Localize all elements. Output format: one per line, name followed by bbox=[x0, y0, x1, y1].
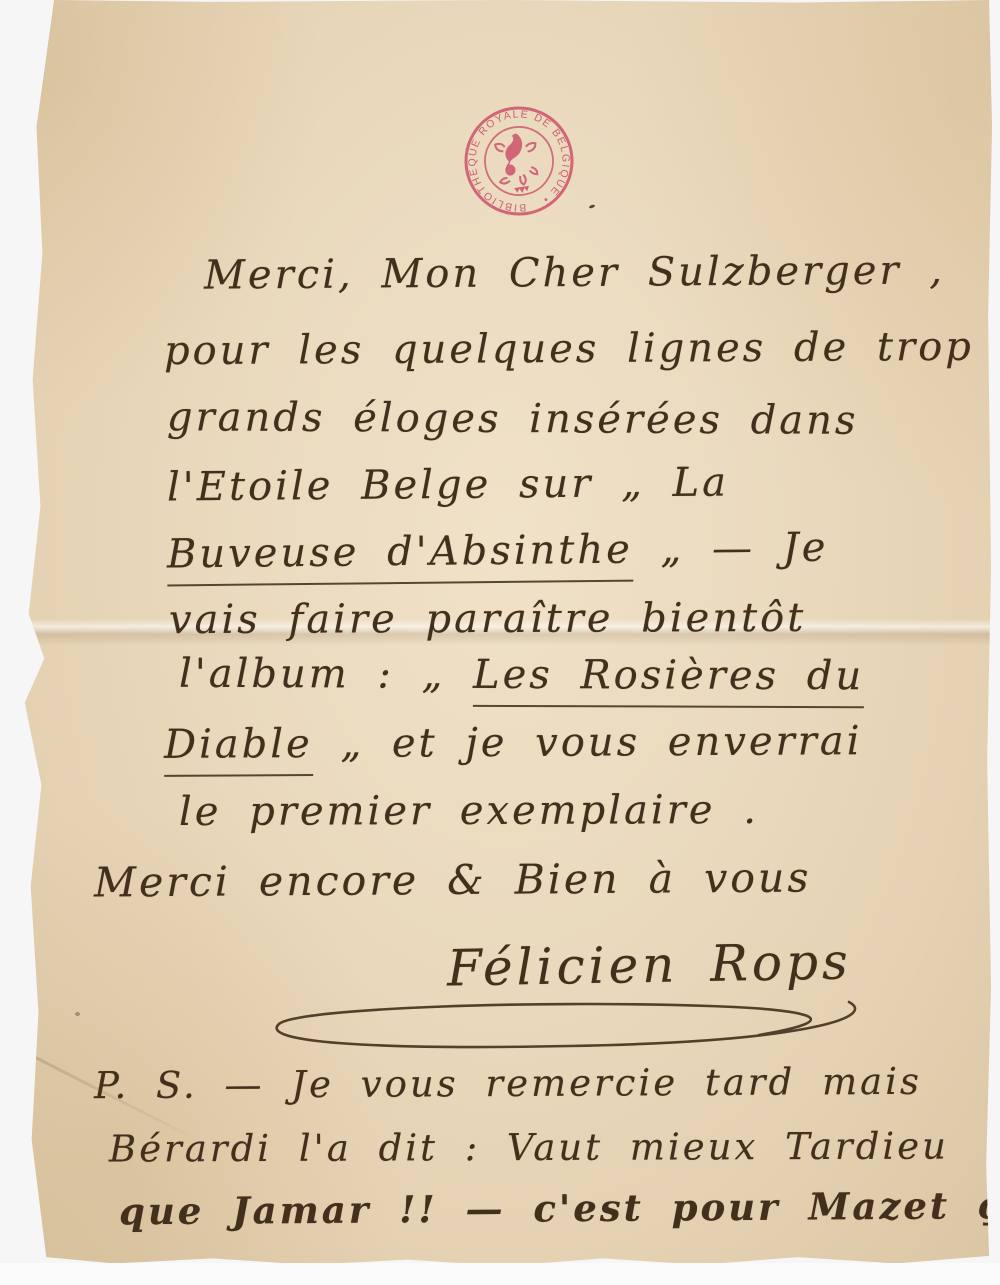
letter-line: vais faire paraître bientôt bbox=[169, 595, 806, 643]
underlined-title: Diable bbox=[164, 721, 313, 777]
line-text: grands éloges insérées dans bbox=[167, 394, 859, 444]
belgian-lion-icon bbox=[493, 131, 543, 196]
paper-speck bbox=[75, 1012, 80, 1016]
signature-flourish bbox=[239, 980, 889, 1070]
postscript-text: que Jamar !! — c'est pour Mazet ça . bbox=[119, 1183, 1000, 1234]
svg-text:BIBLIOTHÈQUE ROYALE DE BELGIQU: BIBLIOTHÈQUE ROYALE DE BELGIQUE • bbox=[458, 101, 580, 222]
postscript-text: Bérardi l'a dit : Vaut mieux Tardieu bbox=[109, 1125, 949, 1171]
postscript-text: P. S. — Je vous remercie tard mais bbox=[94, 1060, 922, 1107]
line-text: vais faire paraître bientôt bbox=[169, 595, 806, 643]
letter-line: Diable „ et je vous enverrai bbox=[164, 718, 863, 768]
underlined-title: Les Rosières du bbox=[473, 652, 864, 708]
line-text: le premier exemplaire . bbox=[179, 787, 759, 835]
letter-line: Merci, Mon Cher Sulzberger , bbox=[204, 247, 945, 298]
letter-line: Buveuse d'Absinthe „ — Je bbox=[167, 525, 829, 578]
paper-speck bbox=[566, 348, 570, 352]
line-text: „ — Je bbox=[633, 525, 829, 573]
postscript-line: P. S. — Je vous remercie tard mais bbox=[94, 1060, 922, 1107]
letter-line: le premier exemplaire . bbox=[179, 787, 759, 835]
letter-line: grands éloges insérées dans bbox=[167, 394, 859, 444]
line-text: Merci, Mon Cher Sulzberger , bbox=[204, 247, 945, 298]
letter-paper: BIBLIOTHÈQUE ROYALE DE BELGIQUE • Merci,… bbox=[17, 0, 993, 1266]
paper-speck bbox=[589, 204, 596, 209]
scan-background bbox=[0, 1263, 1000, 1285]
letter-line: l'album : „ Les Rosières du bbox=[179, 651, 864, 699]
postscript-line: Bérardi l'a dit : Vaut mieux Tardieu bbox=[109, 1125, 949, 1171]
letter-line: l'Etoile Belge sur „ La bbox=[167, 460, 729, 511]
closing-line: Merci encore & Bien à vous bbox=[94, 853, 812, 906]
underlined-title: Buveuse d'Absinthe bbox=[167, 527, 633, 587]
line-text: „ et je vous enverrai bbox=[313, 718, 863, 767]
postscript-line: que Jamar !! — c'est pour Mazet ça . bbox=[119, 1183, 1000, 1234]
library-stamp: BIBLIOTHÈQUE ROYALE DE BELGIQUE • bbox=[453, 95, 586, 228]
line-text: l'Etoile Belge sur „ La bbox=[167, 460, 729, 511]
stamp-ring-text: BIBLIOTHÈQUE ROYALE DE BELGIQUE • bbox=[458, 101, 580, 222]
closing-text: Merci encore & Bien à vous bbox=[94, 853, 812, 906]
line-text: l'album : „ bbox=[179, 651, 473, 698]
